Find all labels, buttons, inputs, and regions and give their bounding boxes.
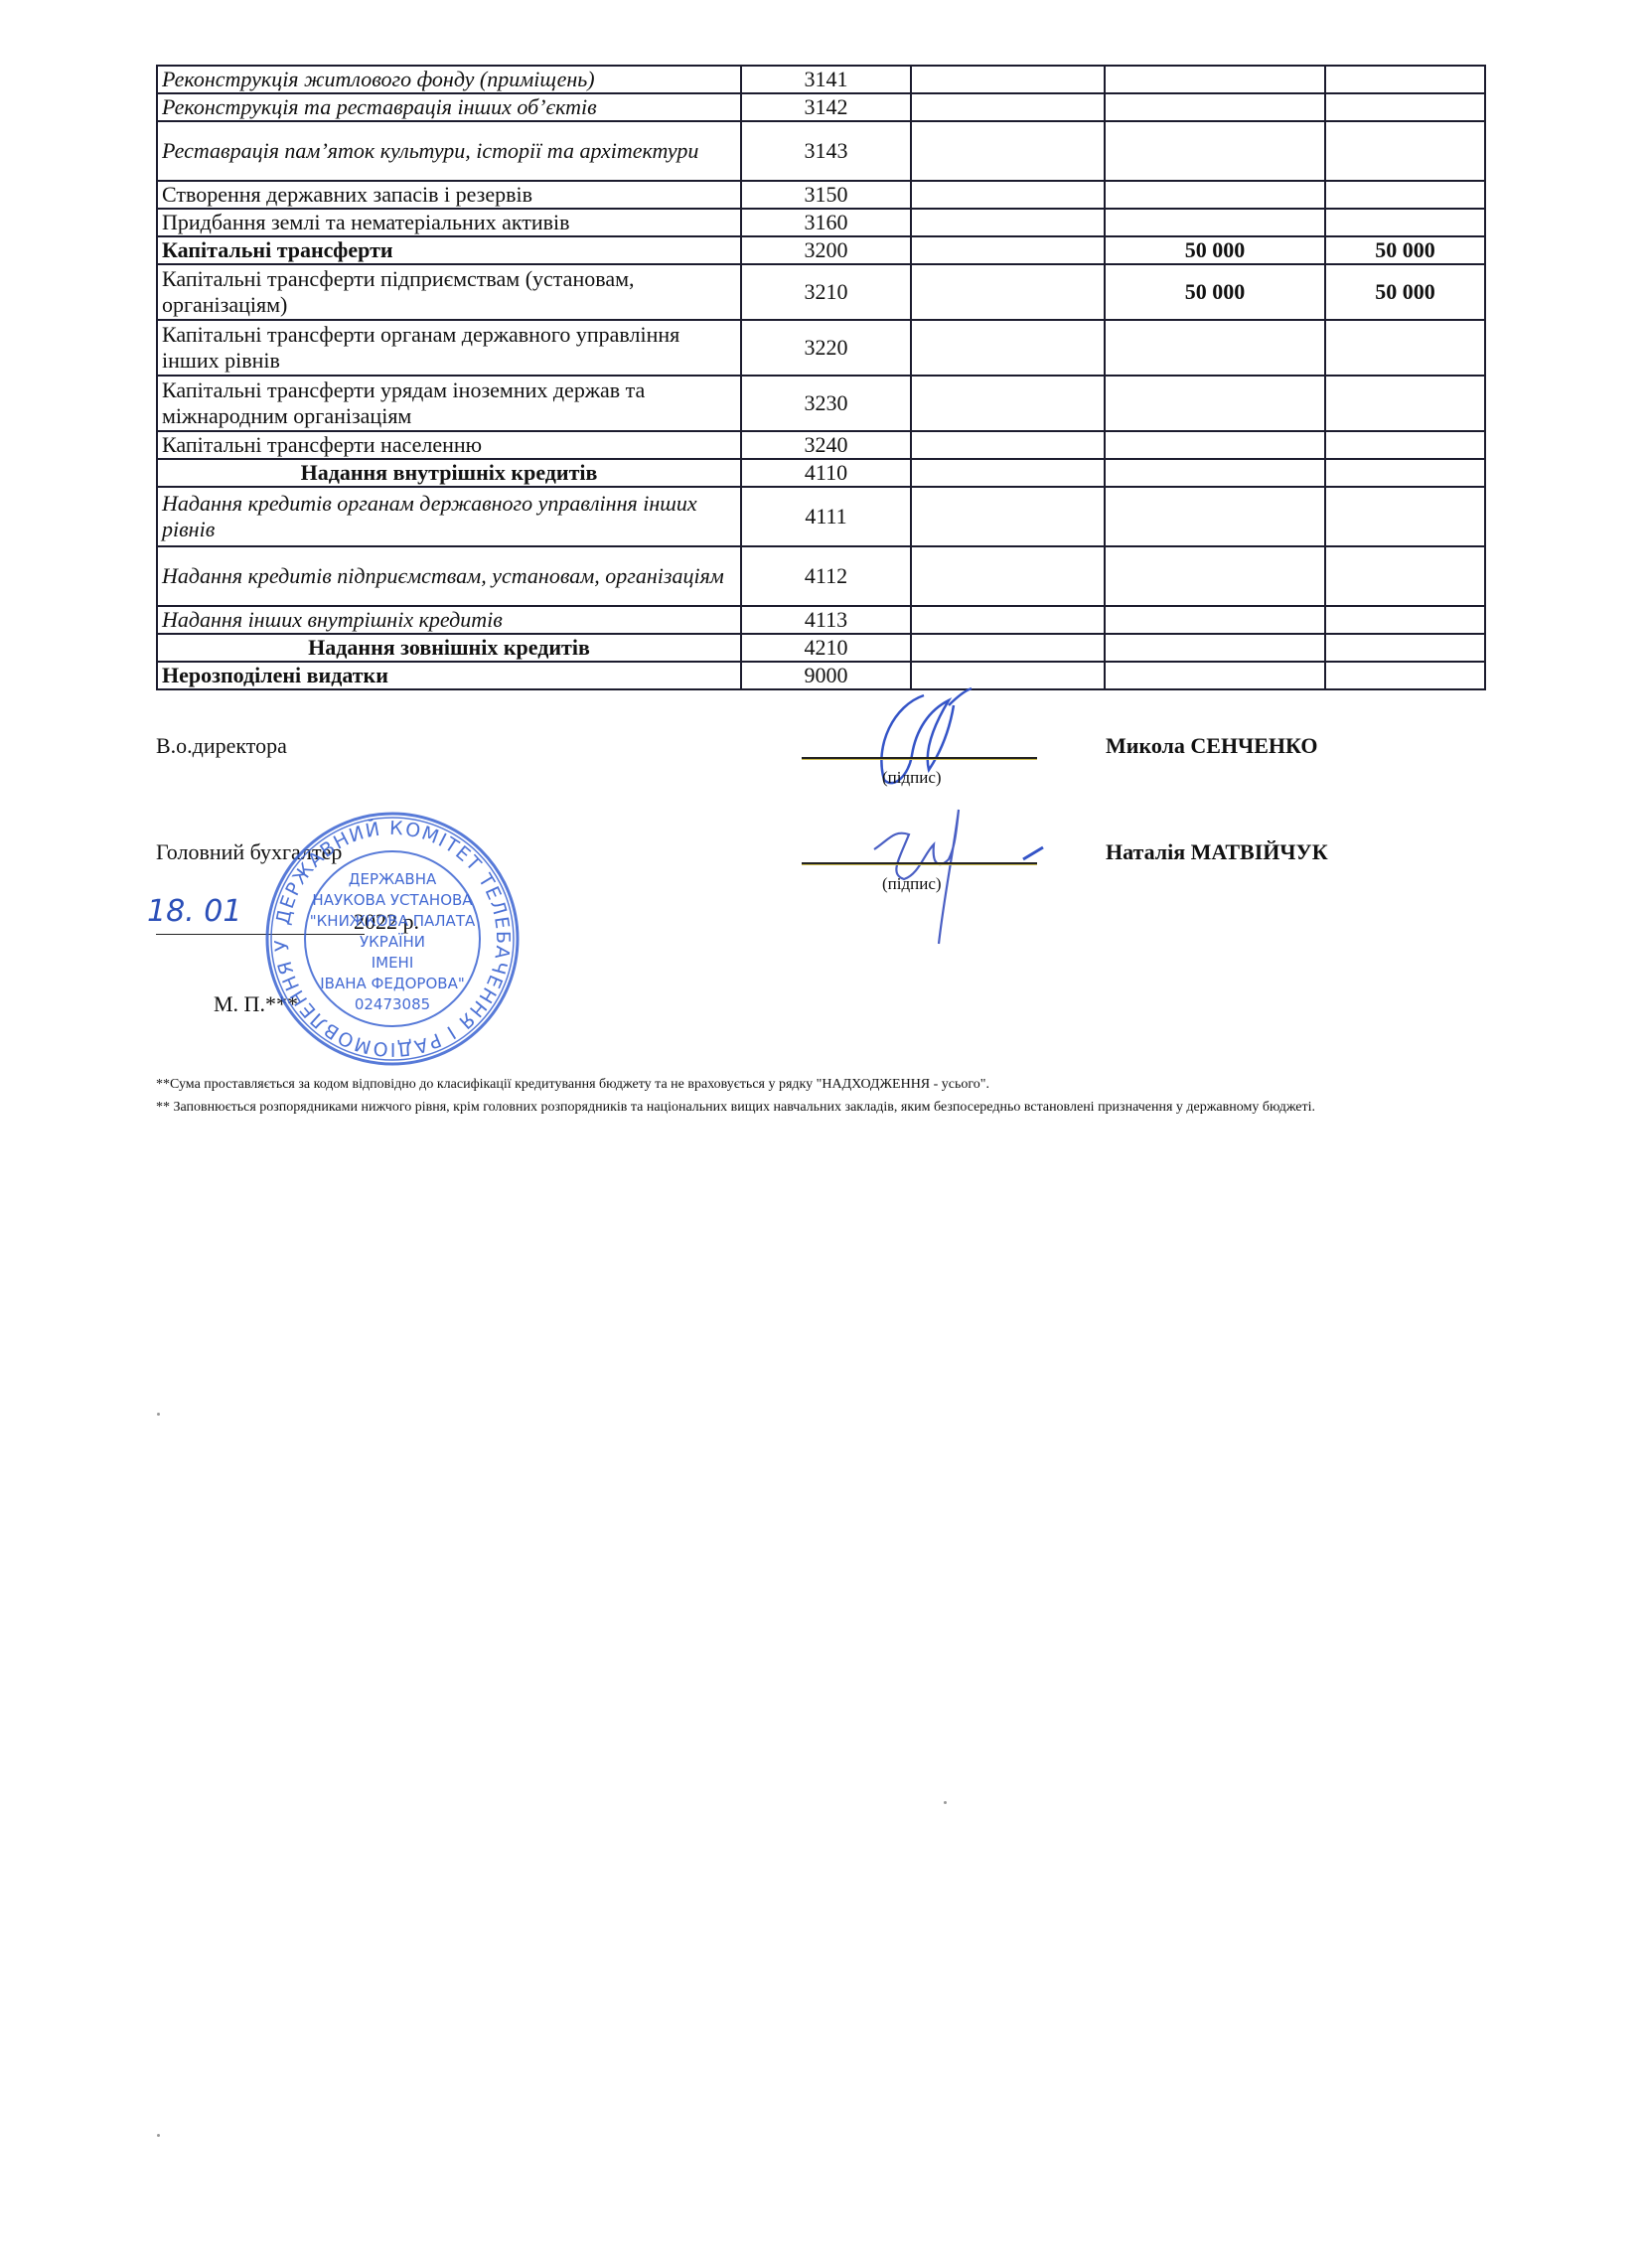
stamp-line: 02473085	[355, 995, 430, 1013]
row-value-col-b	[1105, 376, 1325, 431]
row-value-col-c	[1325, 431, 1485, 459]
row-code: 4112	[741, 546, 911, 606]
official-stamp: ДЕРЖАВНИЙ КОМІТЕТ ТЕЛЕБАЧЕННЯ І РАДІОМОВ…	[263, 810, 522, 1068]
scan-speck	[944, 1801, 947, 1804]
row-value-col-b	[1105, 662, 1325, 689]
row-name: Капітальні трансферти органам державного…	[157, 320, 741, 376]
table-row: Придбання землі та нематеріальних активі…	[157, 209, 1485, 236]
row-value-col-a	[911, 121, 1105, 181]
row-name: Реставрація пам’яток культури, історії т…	[157, 121, 741, 181]
row-value-col-a	[911, 606, 1105, 634]
row-name: Надання кредитів підприємствам, установа…	[157, 546, 741, 606]
row-value-col-a	[911, 66, 1105, 93]
row-code: 3220	[741, 320, 911, 376]
director-signature-caption: (підпис)	[882, 768, 942, 788]
row-name: Надання інших внутрішніх кредитів	[157, 606, 741, 634]
row-name: Капітальні трансферти населенню	[157, 431, 741, 459]
row-value-col-c	[1325, 662, 1485, 689]
row-value-col-a	[911, 376, 1105, 431]
row-value-col-b	[1105, 121, 1325, 181]
row-value-col-c	[1325, 93, 1485, 121]
row-name: Придбання землі та нематеріальних активі…	[157, 209, 741, 236]
row-value-col-c	[1325, 606, 1485, 634]
table-row: Надання зовнішніх кредитів4210	[157, 634, 1485, 662]
budget-table-body: Реконструкція житлового фонду (приміщень…	[157, 66, 1485, 689]
row-value-col-c: 50 000	[1325, 264, 1485, 320]
table-row: Надання інших внутрішніх кредитів4113	[157, 606, 1485, 634]
row-code: 3200	[741, 236, 911, 264]
row-code: 4113	[741, 606, 911, 634]
stamp-line: ІМЕНІ	[372, 954, 414, 972]
row-value-col-a	[911, 431, 1105, 459]
row-code: 3141	[741, 66, 911, 93]
row-value-col-c	[1325, 121, 1485, 181]
table-row: Нерозподілені видатки9000	[157, 662, 1485, 689]
row-value-col-a	[911, 93, 1105, 121]
table-row: Капітальні трансферти населенню3240	[157, 431, 1485, 459]
row-name: Надання зовнішніх кредитів	[157, 634, 741, 662]
row-code: 4110	[741, 459, 911, 487]
row-name: Надання внутрішніх кредитів	[157, 459, 741, 487]
table-row: Надання кредитів підприємствам, установа…	[157, 546, 1485, 606]
row-value-col-a	[911, 236, 1105, 264]
row-value-col-a	[911, 264, 1105, 320]
stamp-line: ДЕРЖАВНА	[349, 870, 437, 888]
accountant-signature-caption: (підпис)	[882, 874, 942, 894]
table-row: Капітальні трансферти підприємствам (уст…	[157, 264, 1485, 320]
row-code: 3240	[741, 431, 911, 459]
handwritten-date: 18. 01	[147, 894, 241, 929]
row-value-col-c	[1325, 209, 1485, 236]
row-value-col-c	[1325, 376, 1485, 431]
row-value-col-b	[1105, 320, 1325, 376]
table-row: Реконструкція та реставрація інших об’єк…	[157, 93, 1485, 121]
accountant-name: Наталія МАТВІЙЧУК	[1106, 839, 1328, 865]
row-code: 3150	[741, 181, 911, 209]
document-page: Реконструкція житлового фонду (приміщень…	[0, 0, 1650, 2268]
table-row: Капітальні трансферти урядам іноземних д…	[157, 376, 1485, 431]
table-row: Капітальні трансферти органам державного…	[157, 320, 1485, 376]
row-code: 4210	[741, 634, 911, 662]
row-value-col-a	[911, 459, 1105, 487]
row-value-col-b	[1105, 634, 1325, 662]
row-value-col-c	[1325, 459, 1485, 487]
footnote-2: ** Заповнюється розпорядниками нижчого р…	[156, 1098, 1487, 1117]
row-value-col-b	[1105, 181, 1325, 209]
director-name: Микола СЕНЧЕНКО	[1106, 733, 1318, 759]
row-value-col-a	[911, 181, 1105, 209]
row-value-col-c	[1325, 181, 1485, 209]
row-name: Нерозподілені видатки	[157, 662, 741, 689]
table-row: Надання кредитів органам державного упра…	[157, 487, 1485, 546]
table-row: Надання внутрішніх кредитів4110	[157, 459, 1485, 487]
row-code: 3143	[741, 121, 911, 181]
table-row: Реставрація пам’яток культури, історії т…	[157, 121, 1485, 181]
row-value-col-b	[1105, 209, 1325, 236]
budget-table: Реконструкція житлового фонду (приміщень…	[156, 65, 1486, 690]
row-value-col-b	[1105, 606, 1325, 634]
scan-speck	[157, 2134, 160, 2137]
row-name: Капітальні трансферти урядам іноземних д…	[157, 376, 741, 431]
row-value-col-a	[911, 209, 1105, 236]
row-name: Реконструкція житлового фонду (приміщень…	[157, 66, 741, 93]
row-name: Капітальні трансферти	[157, 236, 741, 264]
scan-speck	[157, 1413, 160, 1416]
table-row: Капітальні трансферти320050 00050 000	[157, 236, 1485, 264]
row-value-col-a	[911, 546, 1105, 606]
row-value-col-b	[1105, 546, 1325, 606]
row-name: Створення державних запасів і резервів	[157, 181, 741, 209]
footnote-1: **Сума проставляється за кодом відповідн…	[156, 1075, 1487, 1094]
accountant-signature-line	[802, 862, 1037, 865]
row-name: Надання кредитів органам державного упра…	[157, 487, 741, 546]
row-value-col-c	[1325, 66, 1485, 93]
stamp-line: НАУКОВА УСТАНОВА	[312, 891, 473, 909]
director-position: В.о.директора	[156, 733, 287, 759]
row-code: 3230	[741, 376, 911, 431]
row-value-col-c	[1325, 320, 1485, 376]
row-code: 3142	[741, 93, 911, 121]
director-signature-line	[802, 757, 1037, 760]
stamp-line: УКРАЇНИ	[360, 932, 425, 951]
row-value-col-c	[1325, 487, 1485, 546]
table-row: Реконструкція житлового фонду (приміщень…	[157, 66, 1485, 93]
row-value-col-b: 50 000	[1105, 264, 1325, 320]
row-code: 3160	[741, 209, 911, 236]
row-value-col-a	[911, 634, 1105, 662]
row-value-col-c	[1325, 546, 1485, 606]
row-code: 4111	[741, 487, 911, 546]
row-value-col-b: 50 000	[1105, 236, 1325, 264]
row-value-col-c: 50 000	[1325, 236, 1485, 264]
row-value-col-a	[911, 320, 1105, 376]
row-value-col-b	[1105, 93, 1325, 121]
stamp-line: "КНИЖКОВА ПАЛАТА	[310, 912, 476, 930]
stamp-line: ІВАНА ФЕДОРОВА"	[320, 975, 465, 992]
row-value-col-b	[1105, 431, 1325, 459]
row-value-col-b	[1105, 66, 1325, 93]
row-value-col-a	[911, 487, 1105, 546]
table-row: Створення державних запасів і резервів31…	[157, 181, 1485, 209]
row-value-col-c	[1325, 634, 1485, 662]
row-value-col-b	[1105, 459, 1325, 487]
row-value-col-b	[1105, 487, 1325, 546]
row-name: Капітальні трансферти підприємствам (уст…	[157, 264, 741, 320]
row-name: Реконструкція та реставрація інших об’єк…	[157, 93, 741, 121]
row-code: 3210	[741, 264, 911, 320]
